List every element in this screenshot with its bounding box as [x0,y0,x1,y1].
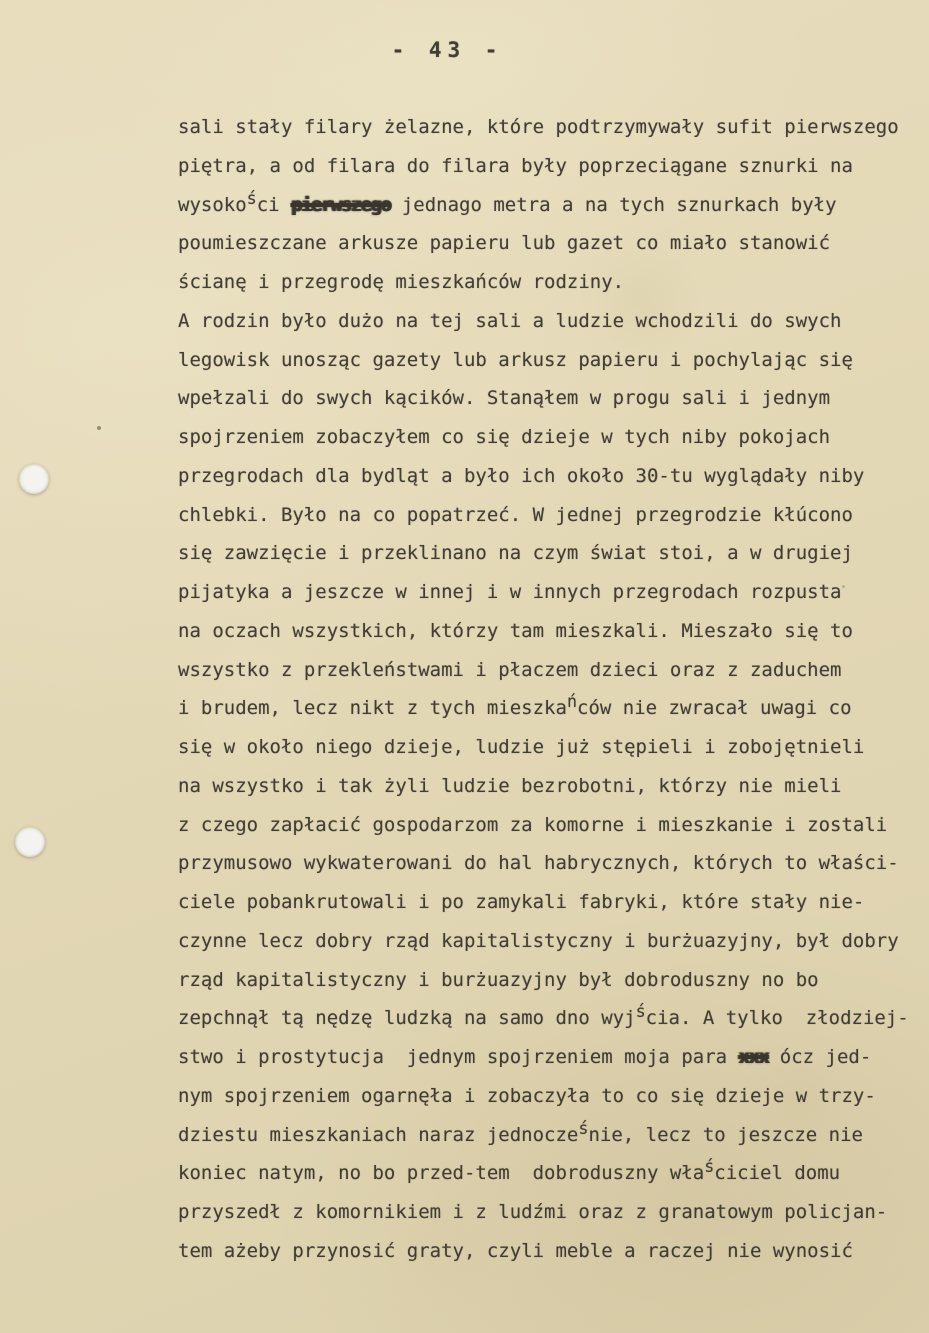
text-line: rząd kapitalistyczny i burżuazyjny był d… [178,961,923,1000]
text-line: wszystko z przekleństwami i płaczem dzie… [178,651,923,690]
text-line: koniec natym, no bo przed-tem dobroduszn… [178,1154,923,1193]
scanned-document-page: - 43 - sali stały filary żelazne, które … [0,0,929,1333]
text-line: chlebki. Było na co popatrzeć. W jednej … [178,496,923,535]
text-line: ciele pobankrutowali i po zamykali fabry… [178,883,923,922]
text-line: legowisk unosząc gazety lub arkusz papie… [178,341,923,380]
text-line: czynne lecz dobry rząd kapitalistyczny i… [178,922,923,961]
hole-punch-top [19,464,49,494]
text-line: się zawzięcie i przeklinano na czym świa… [178,534,923,573]
text-line: pijatyka a jeszcze w innej i w innych pr… [178,573,923,612]
text-line: spojrzeniem zobaczyłem co się dzieje w t… [178,418,923,457]
superscript-correction: ś [247,179,257,218]
hole-punch-bottom [15,827,45,857]
text-line: ścianę i przegrodę mieszkańców rodziny. [178,263,923,302]
text-line: się w około niego dzieje, ludzie już stę… [178,728,923,767]
text-line: na oczach wszystkich, którzy tam mieszka… [178,612,923,651]
text-line: przegrodach dla bydląt a było ich około … [178,457,923,496]
text-line: tem ażeby przynosić graty, czyli meble a… [178,1232,923,1271]
text-line: A rodzin było dużo na tej sali a ludzie … [178,302,923,341]
text-line: zepchnął tą nędzę ludzką na samo dno wyj… [178,999,923,1038]
text-line: nym spojrzeniem ogarnęła i zobaczyła to … [178,1077,923,1116]
superscript-correction: ń [567,682,577,721]
struck-out-text: xxx [739,1046,769,1068]
text-line: przyszedł z komornikiem i z ludźmi oraz … [178,1193,923,1232]
text-line: piętra, a od filara do filara były poprz… [178,147,923,186]
page-number-header: - 43 - [0,38,929,62]
paper-speck [97,426,101,430]
text-line: na wszystko i tak żyli ludzie bezrobotni… [178,767,923,806]
text-block: sali stały filary żelazne, które podtrzy… [178,108,923,1271]
text-line: poumieszczane arkusze papieru lub gazet … [178,224,923,263]
superscript-correction: ś [704,1147,714,1186]
struck-out-text: pierwszego [291,194,390,216]
superscript-correction: ś [578,1109,588,1148]
text-line: z czego zapłacić gospodarzom za komorne … [178,806,923,845]
text-line: dziestu mieszkaniach naraz jednocześnie,… [178,1116,923,1155]
text-line: sali stały filary żelazne, które podtrzy… [178,108,923,147]
text-line: wysokości pierwszego jednago metra a na … [178,186,923,225]
superscript-correction: ś [636,992,646,1031]
text-line: przymusowo wykwaterowani do hal habryczn… [178,844,923,883]
text-line: i brudem, lecz nikt z tych mieszkańców n… [178,689,923,728]
text-line: wpełzali do swych kącików. Stanąłem w pr… [178,379,923,418]
text-line: stwo i prostytucja jednym spojrzeniem mo… [178,1038,923,1077]
